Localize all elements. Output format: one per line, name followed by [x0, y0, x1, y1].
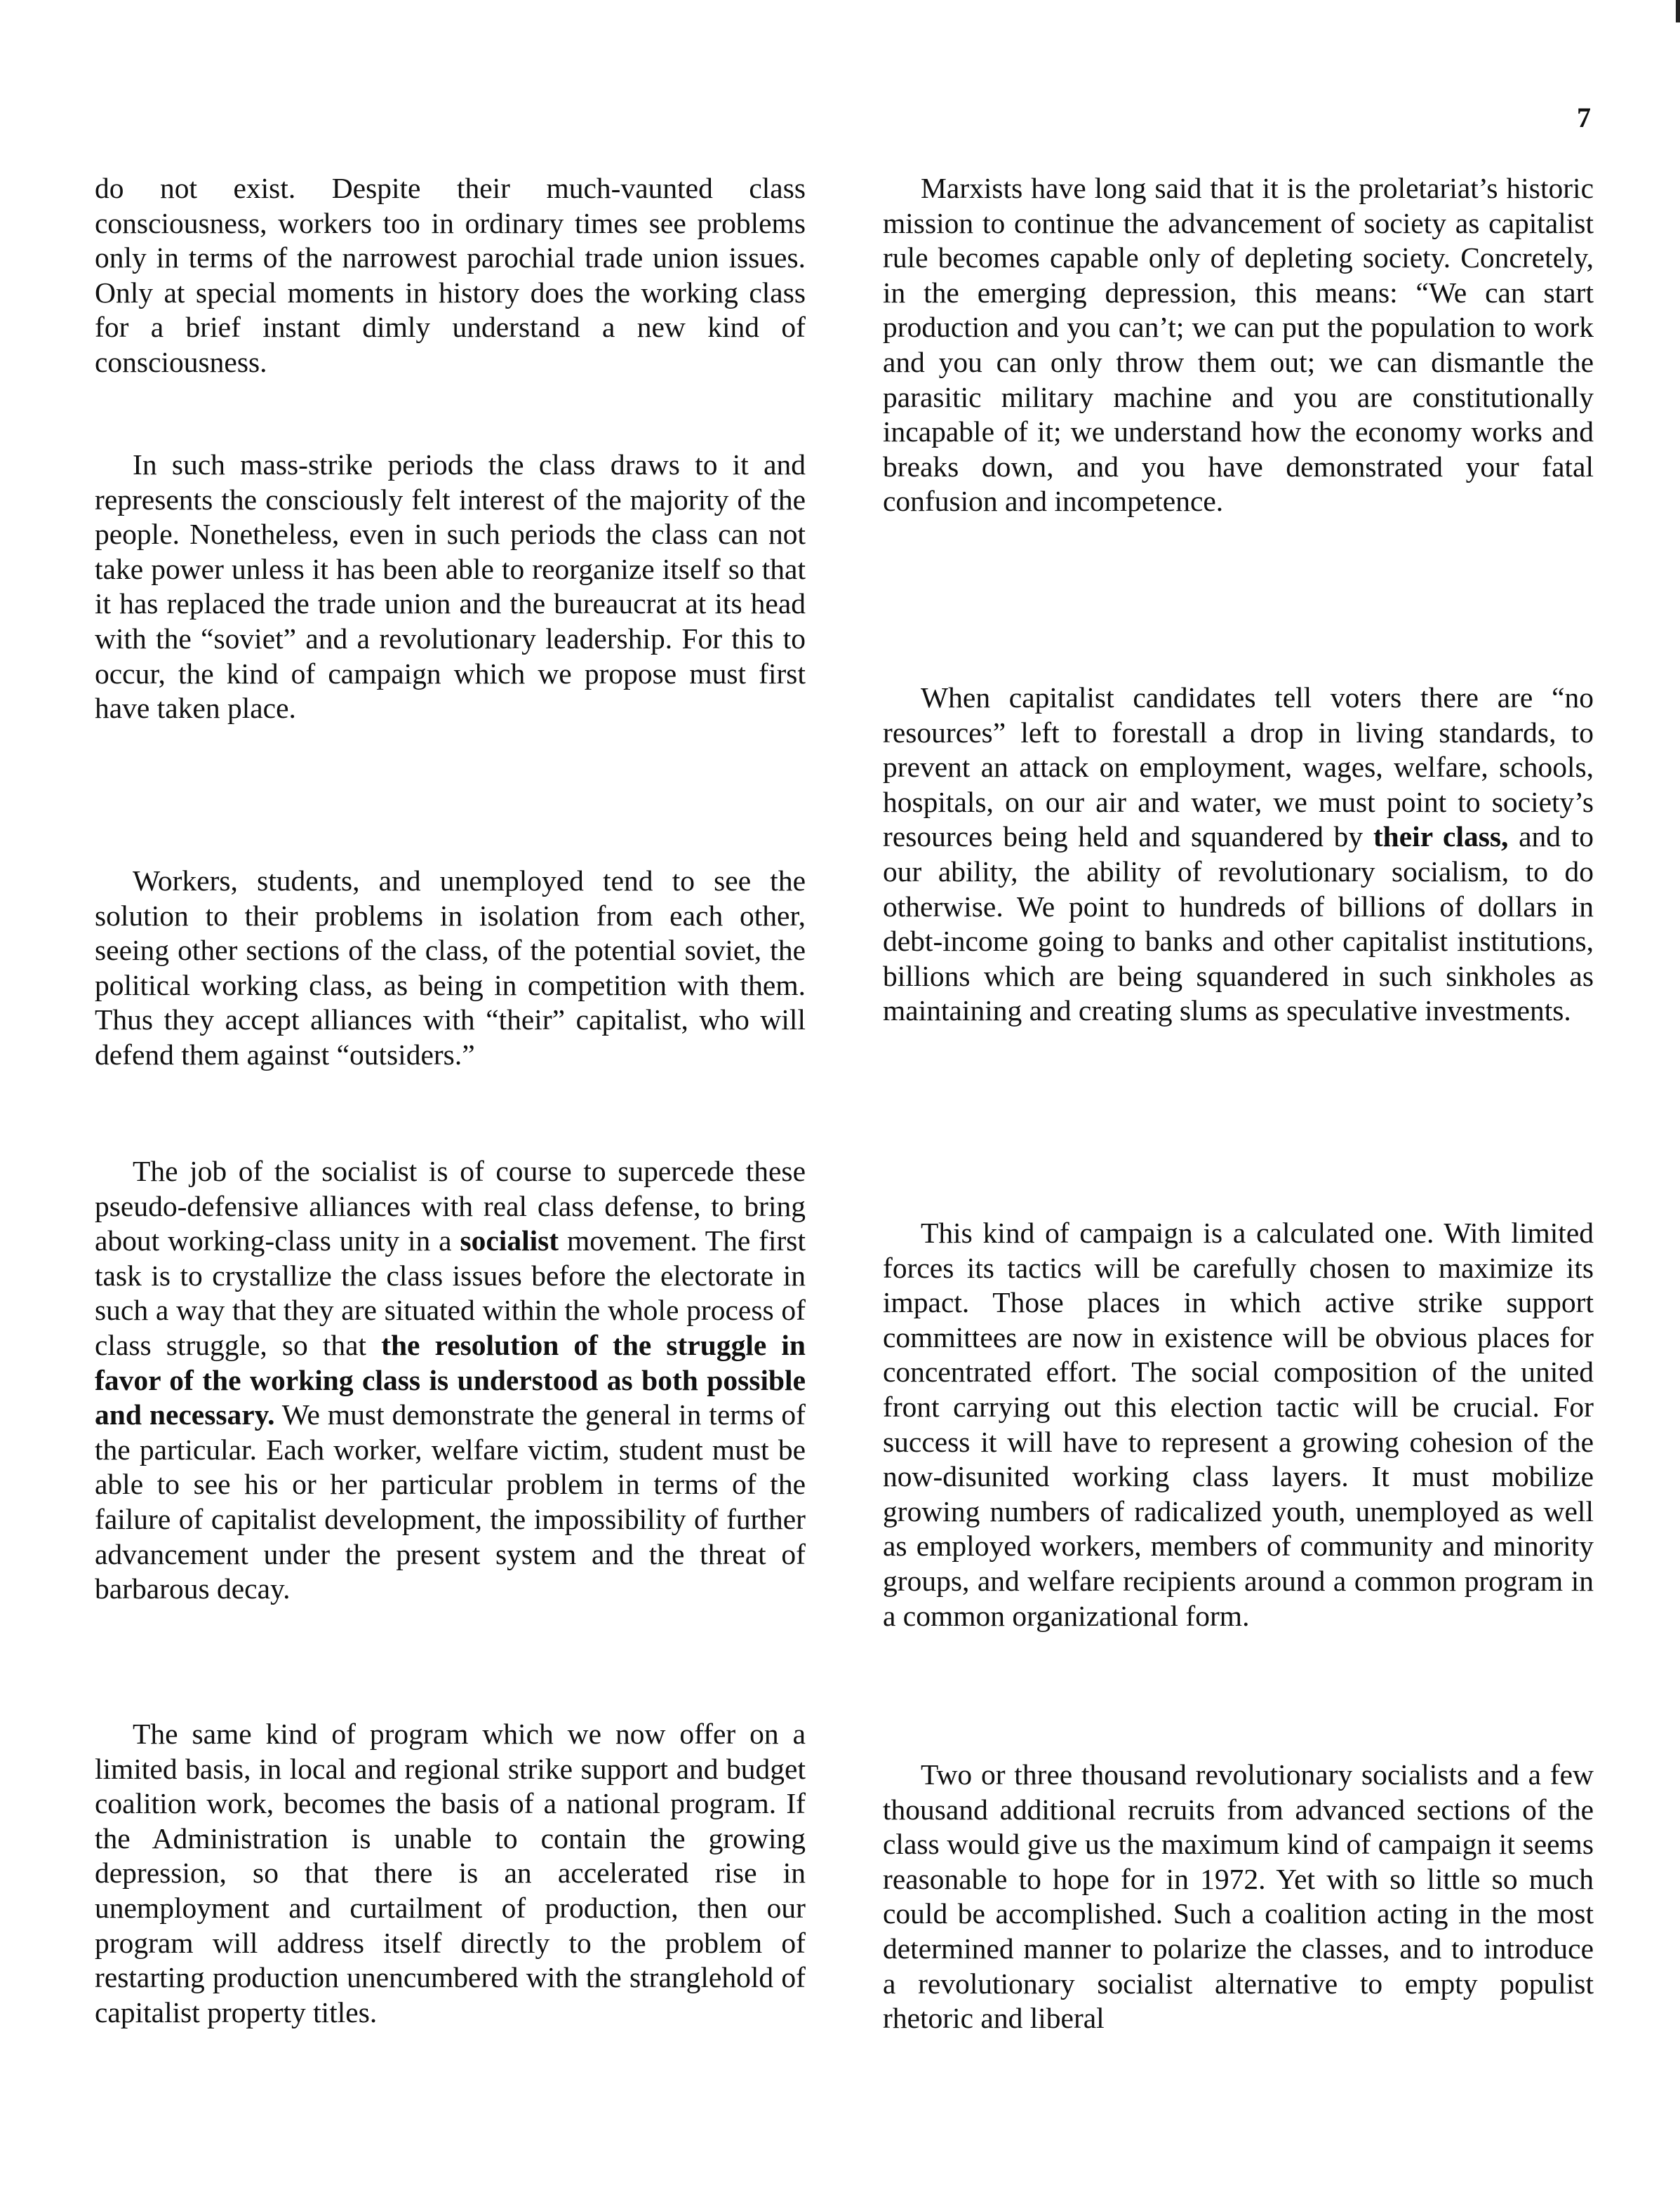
paragraph-mass-strike: In such mass-strike periods the class dr…	[95, 448, 806, 726]
page-number: 7	[1577, 104, 1591, 132]
paragraph-job-of-socialist: The job of the socialist is of course to…	[95, 1154, 806, 1607]
paragraph-workers-isolation: Workers, students, and unemployed tend t…	[95, 864, 806, 1073]
paragraph-national-program: The same kind of program which we now of…	[95, 1717, 806, 2030]
bold-text-run: their class,	[1373, 820, 1509, 853]
paragraph-two-or-three-thousand: Two or three thousand revolutionary soci…	[883, 1758, 1594, 2036]
scan-artifact	[1676, 0, 1680, 22]
paragraph-marxists: Marxists have long said that it is the p…	[883, 171, 1594, 519]
bold-text-run: socialist	[460, 1224, 559, 1257]
paragraph-continuation: do not exist. Despite their much-vaunted…	[95, 171, 806, 380]
paragraph-calculated-campaign: This kind of campaign is a calculated on…	[883, 1216, 1594, 1633]
paragraph-no-resources: When capitalist candidates tell voters t…	[883, 681, 1594, 1029]
